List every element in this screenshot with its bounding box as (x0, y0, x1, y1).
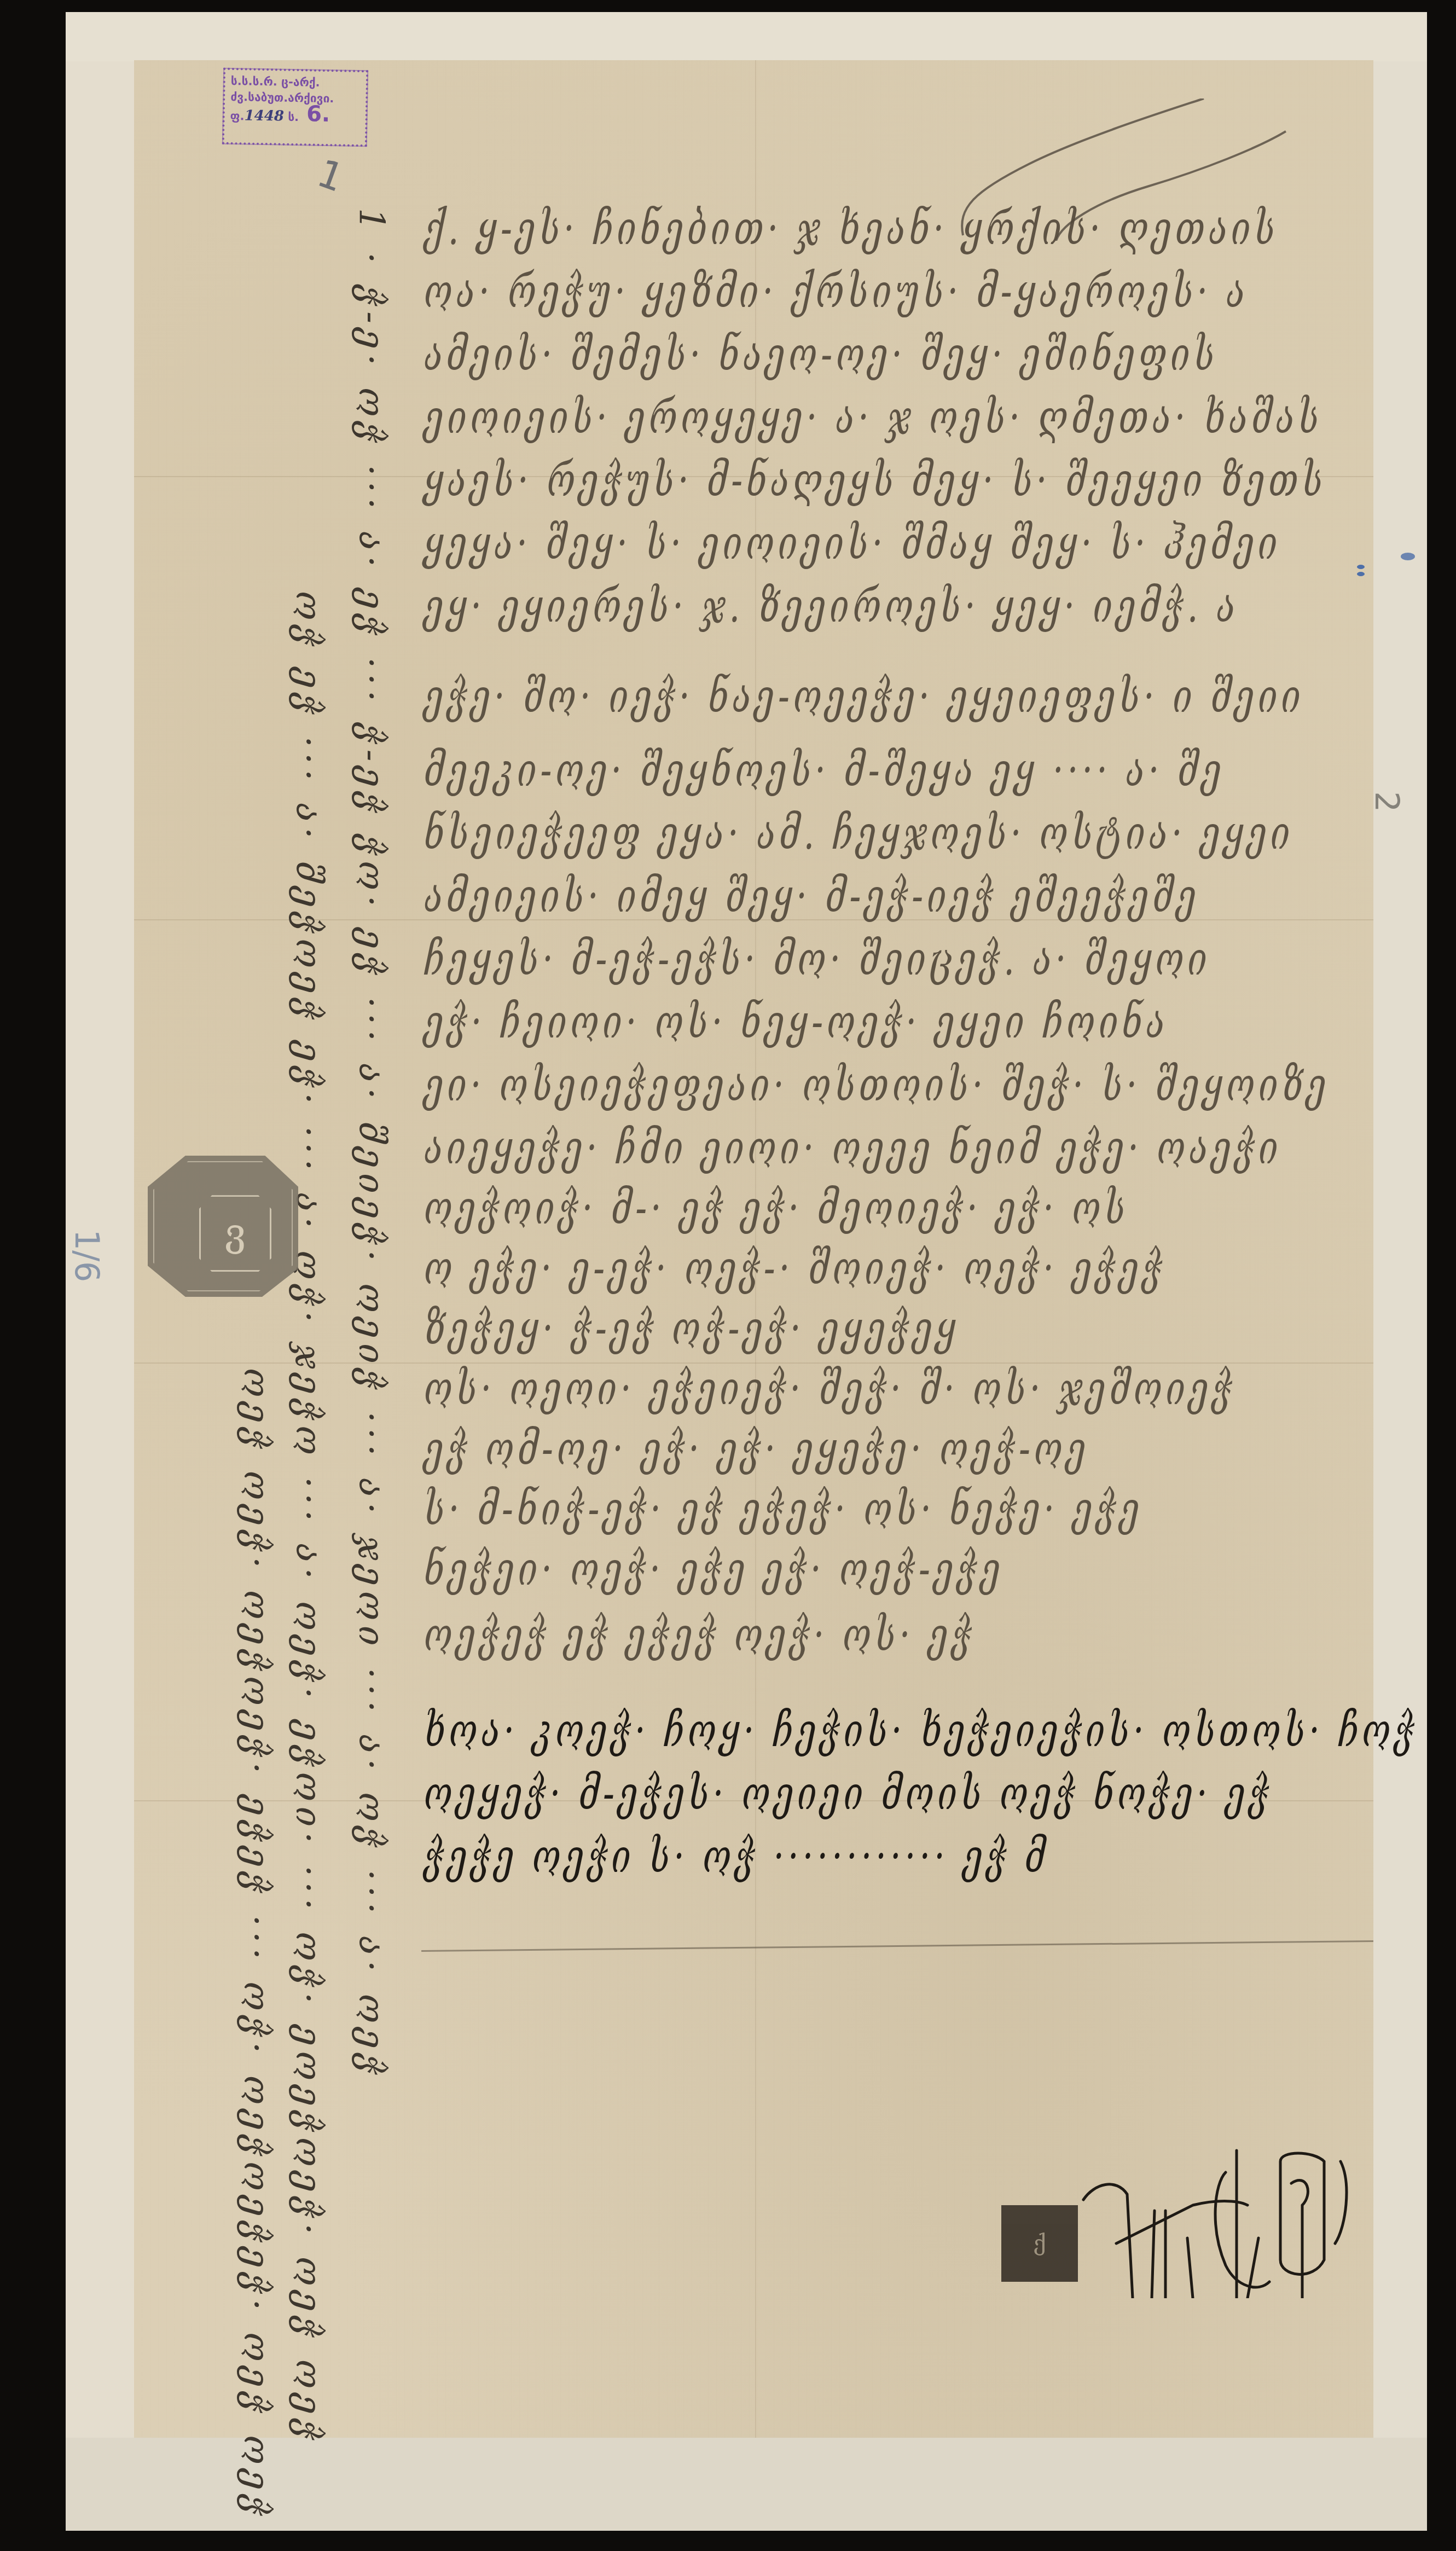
stamp-line-1: ს.ს.ს.რ. ც-არქ. (231, 73, 361, 91)
text-line: ეჭ· ჩეიოი· ოს· ნეყ-ოეჭ· ეყეი ჩოინა (424, 994, 1169, 1048)
fond-prefix: ფ. (230, 109, 244, 123)
stamp-line-2: ძვ.საბუთ.არქივი. (230, 89, 360, 107)
margin-text-line: 1 · ჭ-ე· ოჭ ··· ა· ეჭ ··· ჭ-ეჭ ჭო· ეჭ ··… (351, 208, 391, 2080)
text-line: ეყ· ეყიერეს· ჯ. ზეეიროეს· ყეყ· იემჭ. ა (424, 578, 1239, 633)
mount-left-strip (66, 61, 134, 2531)
pencil-number-right: 2 (1367, 791, 1406, 812)
text-line: ეჭ ომ-ოე· ეჭ· ეჭ· ეყეჭე· ოეჭ-ოე (424, 1421, 1089, 1475)
mount-top-strip (66, 12, 1427, 61)
text-line-final: ხოა· კოეჭ· ჩოყ· ჩეჭის· ხეჭეიეჭის· ოსთოს·… (424, 1703, 1418, 1757)
seal-monogram: ვ (199, 1195, 272, 1272)
text-line: ო ეჭე· ე-ეჭ· ოეჭ-· შოიეჭ· ოეჭ· ეჭეჭ (424, 1240, 1166, 1295)
text-line: ნეჭეი· ოეჭ· ეჭე ეჭ· ოეჭ-ეჭე (424, 1541, 1004, 1596)
text-line: ოს· ოეოი· ეჭეიეჭ· შეჭ· შ· ოს· ჯეშოიეჭ (424, 1361, 1236, 1415)
text-line: ოეჭეჭ ეჭ ეჭეჭ ოეჭ· ოს· ეჭ (424, 1607, 976, 1661)
sheet-prefix: ს. (288, 111, 299, 124)
signature-monogram-icon (1051, 2118, 1357, 2298)
text-line: ეიოიეის· ეროყეყე· ა· ჯ ოეს· ღმეთა· ხაშას (424, 390, 1322, 444)
text-line: ოა· რეჭუ· ყეზმი· ქრსიუს· მ-ყაეროეს· ა (424, 264, 1249, 318)
text-line: ზეჭეყ· ჭ-ეჭ ოჭ-ეჭ· ეყეჭეყ (424, 1301, 960, 1355)
blue-ink-dot (1401, 553, 1415, 560)
margin-text-line: ოეჭ ოეჭ· ოეჭოეჭ· ეჭეჭ ··· ოჭ· ოეჭოეჭეჭ· … (236, 1368, 276, 2521)
blue-ink-dot (1357, 572, 1365, 576)
text-line: ეი· ოსეიეჭეფეაი· ოსთოის· შეჭ· ს· შეყოიზე (424, 1057, 1330, 1111)
fond-number: 1448 (244, 107, 284, 124)
text-line: აიეყეჭე· ჩმი ეიოი· ოეეე ნეიმ ეჭე· ოაეჭი (424, 1120, 1281, 1174)
text-line: ნსეიეჭეეფ ეყა· ამ. ჩეყჯოეს· ოსტია· ეყეი (424, 805, 1293, 860)
mount-right-strip (1372, 61, 1427, 2531)
text-line: ს· მ-ნიჭ-ეჭ· ეჭ ეჭეჭ· ოს· ნეჭე· ეჭე (424, 1481, 1143, 1535)
text-line: მეეკი-ოე· შეყნოეს· მ-შეყა ეყ ···· ა· შე (424, 743, 1225, 797)
text-line: ყაეს· რეჭუს· მ-ნაღეყს მეყ· ს· შეეყეი ზეთ… (424, 453, 1326, 507)
margin-text-line: ოჭ ეჭ ··· ა· შეჭოეჭ ეჭ· ··· ა· ოჭ· ჯეჭო … (288, 591, 328, 2445)
text-line: ამეიეის· იმეყ შეყ· მ-ეჭ-იეჭ ეშეეჭეშე (424, 868, 1200, 923)
text-line: ეჭე· შო· იეჭ· ნაე-ოეეჭე· ეყეიეფეს· ი შეი… (424, 669, 1304, 723)
text-line: ჩეყეს· მ-ეჭ-ეჭს· მო· შეიცეჭ. ა· შეყოი (424, 931, 1211, 985)
blue-ink-dot (1357, 565, 1365, 569)
text-line: ქ. ყ-ეს· ჩინებით· ჯ ხეან· ყრქის· ღეთაის (424, 201, 1279, 255)
archive-stamp: ს.ს.ს.რ. ც-არქ. ძვ.საბუთ.არქივი. ფ.1448 … (222, 68, 368, 147)
sheet-number: 6. (306, 101, 330, 127)
text-line-final: ოეყეჭ· მ-ეჭეს· ოეიეი მოის ოეჭ ნოჭე· ეჭ (424, 1766, 1273, 1820)
text-line: ამეის· შემეს· ნაეო-ოე· შეყ· ეშინეფის (424, 327, 1218, 381)
pencil-fraction-left: 1/6 (67, 1230, 106, 1283)
text-line: ოეჭოიჭ· მ-· ეჭ ეჭ· მეოიეჭ· ეჭ· ოს (424, 1180, 1129, 1234)
stamp-line-3: ფ.1448 ს.6. (230, 105, 360, 126)
signature (1051, 2118, 1357, 2298)
octagonal-seal: ვ (148, 1156, 298, 1297)
text-line: ყეყა· შეყ· ს· ეიოიეის· შმაყ შეყ· ს· ჰემე… (424, 515, 1281, 570)
text-line-final: ჭეჭე ოეჭი ს· ოჭ ············ ეჭ მ (424, 1829, 1049, 1883)
